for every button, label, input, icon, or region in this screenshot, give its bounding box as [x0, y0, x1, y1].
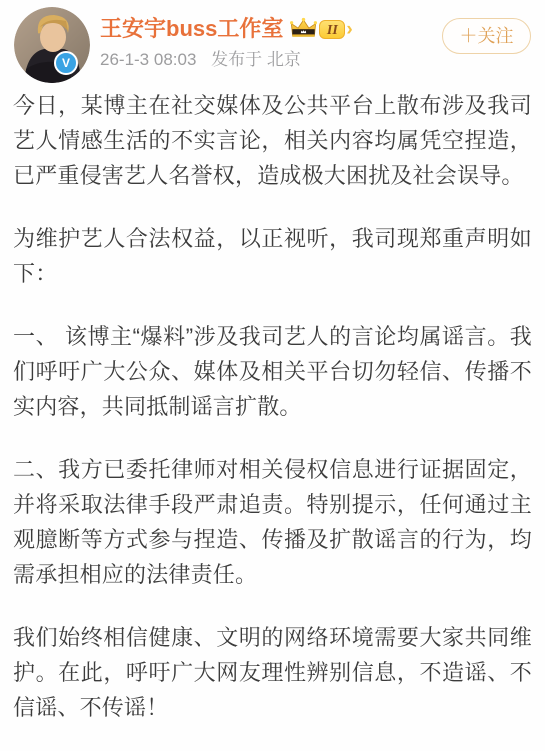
statement-paragraph: 为维护艺人合法权益，以正视听，我司现郑重声明如下： [13, 221, 532, 291]
header-text-column: 王安宇buss工作室 [100, 7, 442, 70]
post-meta: 26-1-3 08:03 发布于 北京 [100, 50, 442, 70]
post-header: V 王安宇buss工作室 [0, 0, 545, 83]
follow-button[interactable]: ＋关注 [442, 18, 531, 54]
vip-badge[interactable]: II › [290, 17, 352, 41]
vip-crown-icon [290, 17, 317, 41]
post-content: 今日，某博主在社交媒体及公共平台上散布涉及我司艺人情感生活的不实言论，相关内容均… [0, 83, 545, 725]
username[interactable]: 王安宇buss工作室 [100, 16, 283, 42]
statement-paragraph: 二、我方已委托律师对相关侵权信息进行证据固定，并将采取法律手段严肃追责。特别提示… [13, 452, 532, 592]
chevron-right-icon: › [346, 20, 352, 39]
vip-level-pill: II [319, 20, 345, 39]
avatar-photo [14, 7, 90, 83]
publish-location: 发布于 北京 [211, 50, 301, 69]
avatar[interactable]: V [14, 7, 90, 83]
statement-paragraph: 今日，某博主在社交媒体及公共平台上散布涉及我司艺人情感生活的不实言论，相关内容均… [13, 88, 532, 193]
weibo-post-page: V 王安宇buss工作室 [0, 0, 545, 751]
statement-paragraph: 我们始终相信健康、文明的网络环境需要大家共同维护。在此，呼吁广大网友理性辨别信息… [13, 620, 532, 725]
verified-v-icon: V [54, 51, 78, 75]
timestamp: 26-1-3 08:03 [100, 50, 196, 69]
statement-paragraph: 一、 该博主“爆料”涉及我司艺人的言论均属谣言。我们呼吁广大公众、媒体及相关平台… [13, 319, 532, 424]
